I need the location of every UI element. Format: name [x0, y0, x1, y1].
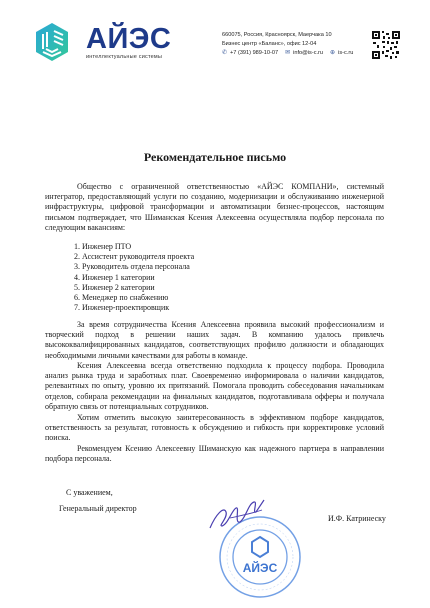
signature-icon — [206, 496, 268, 536]
stamp-text: АЙЭС — [243, 560, 278, 575]
interest-paragraph: Хотим отметить высокую заинтересованност… — [45, 413, 384, 444]
vacancy-list: 1. Инженер ПТО 2. Ассистент руководителя… — [74, 242, 194, 313]
company-contacts: 660075, Россия, Красноярск, Маерчака 10 … — [222, 31, 353, 58]
responsibility-paragraph: Ксения Алексеевна всегда ответственно по… — [45, 361, 384, 412]
website-link: is-c.ru — [338, 49, 353, 58]
phone-icon: ✆ — [222, 49, 227, 58]
company-logo-title: АЙЭС — [86, 24, 171, 54]
vacancy-item: 6. Менеджер по снабжению — [74, 293, 194, 303]
globe-icon: ⊕ — [330, 49, 335, 58]
qr-code-icon — [371, 30, 401, 60]
contact-row: ✆ +7 (391) 989-10-07 ✉ info@is-c.ru ⊕ is… — [222, 49, 353, 58]
email-address: info@is-c.ru — [293, 49, 323, 58]
vacancy-item: 5. Инженер 2 категории — [74, 283, 194, 293]
vacancy-item: 3. Руководитель отдела персонала — [74, 262, 194, 272]
cooperation-paragraph: За время сотрудничества Ксения Алексеевн… — [45, 320, 384, 361]
closing-phrase: С уважением, — [66, 488, 113, 497]
email-icon: ✉ — [285, 49, 290, 58]
vacancy-item: 4. Инженер 1 категории — [74, 273, 194, 283]
company-tagline: интеллектуальные системы — [86, 54, 162, 60]
phone-number: +7 (391) 989-10-07 — [230, 49, 278, 58]
letter-title: Рекомендательное письмо — [0, 150, 430, 165]
intro-paragraph: Общество с ограниченной ответственностью… — [45, 182, 384, 233]
signer-name: И.Ф. Катринеску — [328, 514, 386, 523]
hexagon-cube-logo-icon — [34, 22, 70, 62]
vacancy-item: 1. Инженер ПТО — [74, 242, 194, 252]
vacancy-item: 2. Ассистент руководителя проекта — [74, 252, 194, 262]
vacancy-item: 7. Инженер-проектировщик — [74, 303, 194, 313]
signer-role: Генеральный директор — [59, 504, 137, 513]
recommendation-paragraph: Рекомендуем Ксению Алексеевну Шиманскую … — [45, 444, 384, 464]
address-line-2: Бизнес центр «Баланс», офис 12-04 — [222, 40, 353, 49]
address-line-1: 660075, Россия, Красноярск, Маерчака 10 — [222, 31, 353, 40]
